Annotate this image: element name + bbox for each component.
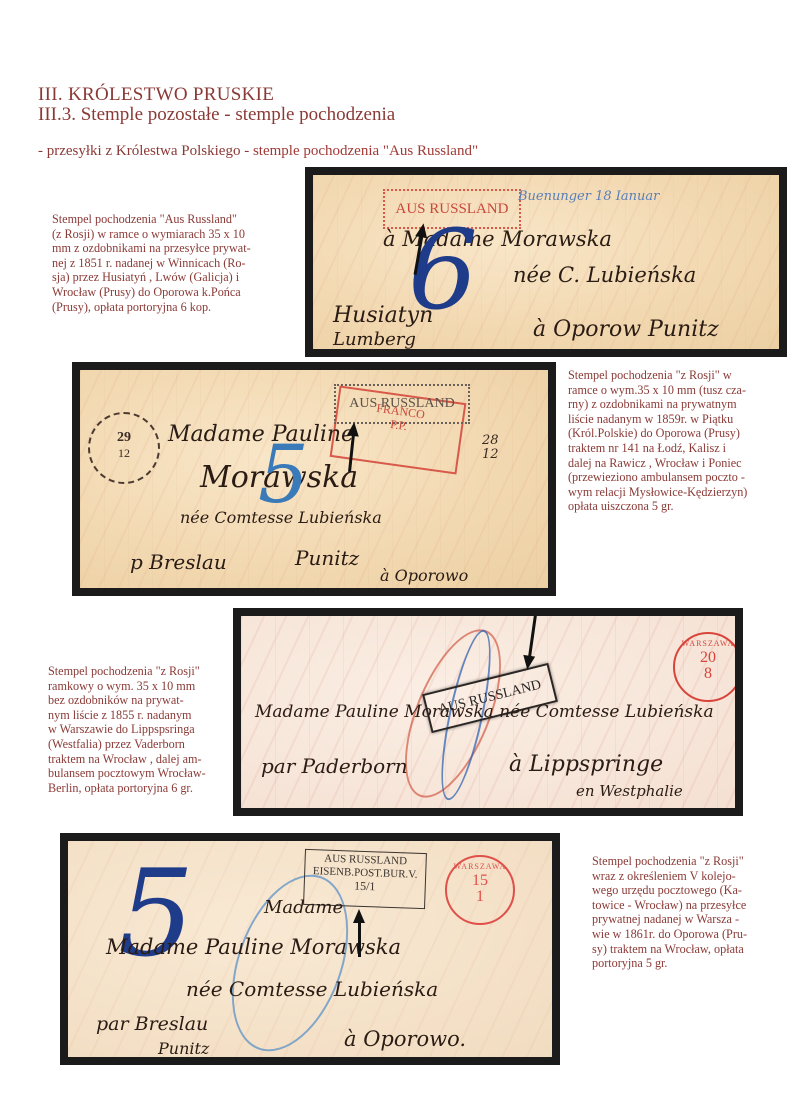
handwritten-route: Lumberg [333,329,416,349]
handwritten-destination: à Oporowo. [344,1027,466,1051]
round-postmark: 29 12 [88,412,160,484]
handwritten-route: p Breslau [130,550,227,574]
desc-line: towice - Wrocław) na przesyłce [592,898,747,913]
handwritten-address: née C. Lubieńska [513,263,696,287]
desc-line: sy) traktem na Wrocław, opłata [592,942,747,957]
handwritten-address: Madame Pauline Morawska née Comtesse Lub… [255,702,714,722]
handwritten-date: 28 12 [482,434,499,462]
date-month: 12 [482,448,499,462]
letter-4-image: 5 AUS RUSSLAND EISENB.POST.BUR.V. 15/1 W… [60,833,560,1065]
date-day: 28 [482,434,499,448]
postmark-city: WARSZAWA [675,639,735,648]
letter-1-image: AUS RUSSLAND Buenunger 18 Ianuar à Madam… [305,167,787,357]
desc-line: Berlin, opłata portoryjna 6 gr. [48,781,206,796]
desc-line: wym relacji Mysłowice-Kędzierzyn) [568,485,747,500]
postmark-month: 8 [675,666,735,682]
postmark-city: WARSZAWA [447,862,513,871]
handwritten-address: Madame [264,897,343,918]
subsection-title: III.3. Stemple pozostałe - stemple pocho… [38,104,395,126]
letter-paper: AUS RUSSLAND WARSZAWA 20 8 Madame Paulin… [241,616,735,808]
desc-line: (Prusy), opłata portoryjna 6 kop. [52,300,251,315]
desc-line: rny) z ozdobnikami na prywatnym [568,397,747,412]
desc-line: nym liście z 1855 r. nadanym [48,708,206,723]
handwritten-destination: en Westphalie [576,782,683,800]
letter-paper: 29 12 FRANCO P.P. AUS RUSSLAND Madame Pa… [80,370,548,588]
desc-line: opłata uiszczona 5 gr. [568,499,747,514]
desc-line: ramce o wym.35 x 10 mm (tusz cza- [568,383,747,398]
handwritten-destination: à Lippspringe [509,752,663,777]
handwritten-route: par Paderborn [261,754,408,778]
postmark-month: 12 [90,446,158,461]
entry-4-description: Stempel pochodzenia "z Rosji" wraz z okr… [592,854,747,971]
desc-line: w Warszawie do Lippspsringa [48,722,206,737]
topic-accent: stemple pochodzenia "Aus Russland" [253,143,478,159]
desc-line: liście nadanym w 1859r. w Piątku [568,412,747,427]
handwritten-destination: à Oporowo [380,566,468,585]
entry-1-description: Stempel pochodzenia "Aus Russland" (z Ro… [52,212,251,314]
arrow-icon [528,616,537,658]
rate-mark: 5 [258,430,309,520]
warszawa-postmark: WARSZAWA 20 8 [673,632,735,702]
desc-line: Stempel pochodzenia "Aus Russland" [52,212,251,227]
aus-russland-stamp: AUS RUSSLAND [334,384,470,424]
desc-line: portoryjna 5 gr. [592,956,747,971]
letter-3-image: AUS RUSSLAND WARSZAWA 20 8 Madame Paulin… [233,608,743,816]
desc-line: (Król.Polskie) do Oporowa (Prusy) [568,426,747,441]
desc-line: bulansem pocztowym Wrocław- [48,766,206,781]
desc-line: dalej na Rawicz , Wrocław i Poniec [568,456,747,471]
handwritten-route: Punitz [158,1039,209,1057]
desc-line: Stempel pochodzenia "z Rosji" [48,664,206,679]
entry-2-description: Stempel pochodzenia "z Rosji" w ramce o … [568,368,747,514]
letter-paper: AUS RUSSLAND Buenunger 18 Ianuar à Madam… [313,175,779,349]
postmark-month: 1 [447,889,513,905]
desc-line: nej z 1851 r. nadanej w Winnicach (Ro- [52,256,251,271]
letter-2-image: 29 12 FRANCO P.P. AUS RUSSLAND Madame Pa… [72,362,556,596]
entry-3-description: Stempel pochodzenia "z Rosji" ramkowy o … [48,664,206,795]
handwritten-destination: à Oporow Punitz [533,317,719,342]
handwritten-route: Punitz [295,546,359,570]
section-title: III. KRÓLESTWO PRUSKIE [38,84,274,106]
desc-line: traktem nr 141 na Łodź, Kalisz i [568,441,747,456]
desc-line: mm z ozdobnikami na przesyłce prywat- [52,241,251,256]
desc-line: wie w 1861r. do Oporowa (Pru- [592,927,747,942]
desc-line: sja) przez Husiatyń , Lwów (Galicja) i [52,270,251,285]
desc-line: traktem na Wrocław , dalej am- [48,752,206,767]
handwritten-address: née Comtesse Lubieńska [186,977,438,1001]
letter-paper: 5 AUS RUSSLAND EISENB.POST.BUR.V. 15/1 W… [68,841,552,1057]
desc-line: ramkowy o wym. 35 x 10 mm [48,679,206,694]
desc-line: Stempel pochodzenia "z Rosji" [592,854,747,869]
arrow-icon [358,921,361,957]
warszawa-postmark: WARSZAWA 15 1 [445,855,515,925]
topic-plain: - przesyłki z Królestwa Polskiego - [38,143,253,159]
desc-line: (Westfalia) przez Vaderborn [48,737,206,752]
postmark-day: 29 [90,430,158,446]
desc-line: wego urzędu pocztowego (Ka- [592,883,747,898]
handwritten-note: Buenunger 18 Ianuar [518,189,659,204]
postmark-day: 15 [447,873,513,889]
postmark-day: 20 [675,650,735,666]
desc-line: (z Rosji) w ramce o wymiarach 35 x 10 [52,227,251,242]
desc-line: bez ozdobników na prywat- [48,693,206,708]
desc-line: prywatnej nadanej w Warsza - [592,912,747,927]
desc-line: wraz z określeniem V kolejo- [592,869,747,884]
topic-line: - przesyłki z Królestwa Polskiego - stem… [38,143,478,160]
handwritten-address: Madame Pauline Morawska [106,935,401,959]
desc-line: (przewieziono ambulansem poczto - [568,470,747,485]
desc-line: Stempel pochodzenia "z Rosji" w [568,368,747,383]
desc-line: Wrocław (Prusy) do Oporowa k.Pońca [52,285,251,300]
handwritten-route: par Breslau [96,1013,208,1035]
